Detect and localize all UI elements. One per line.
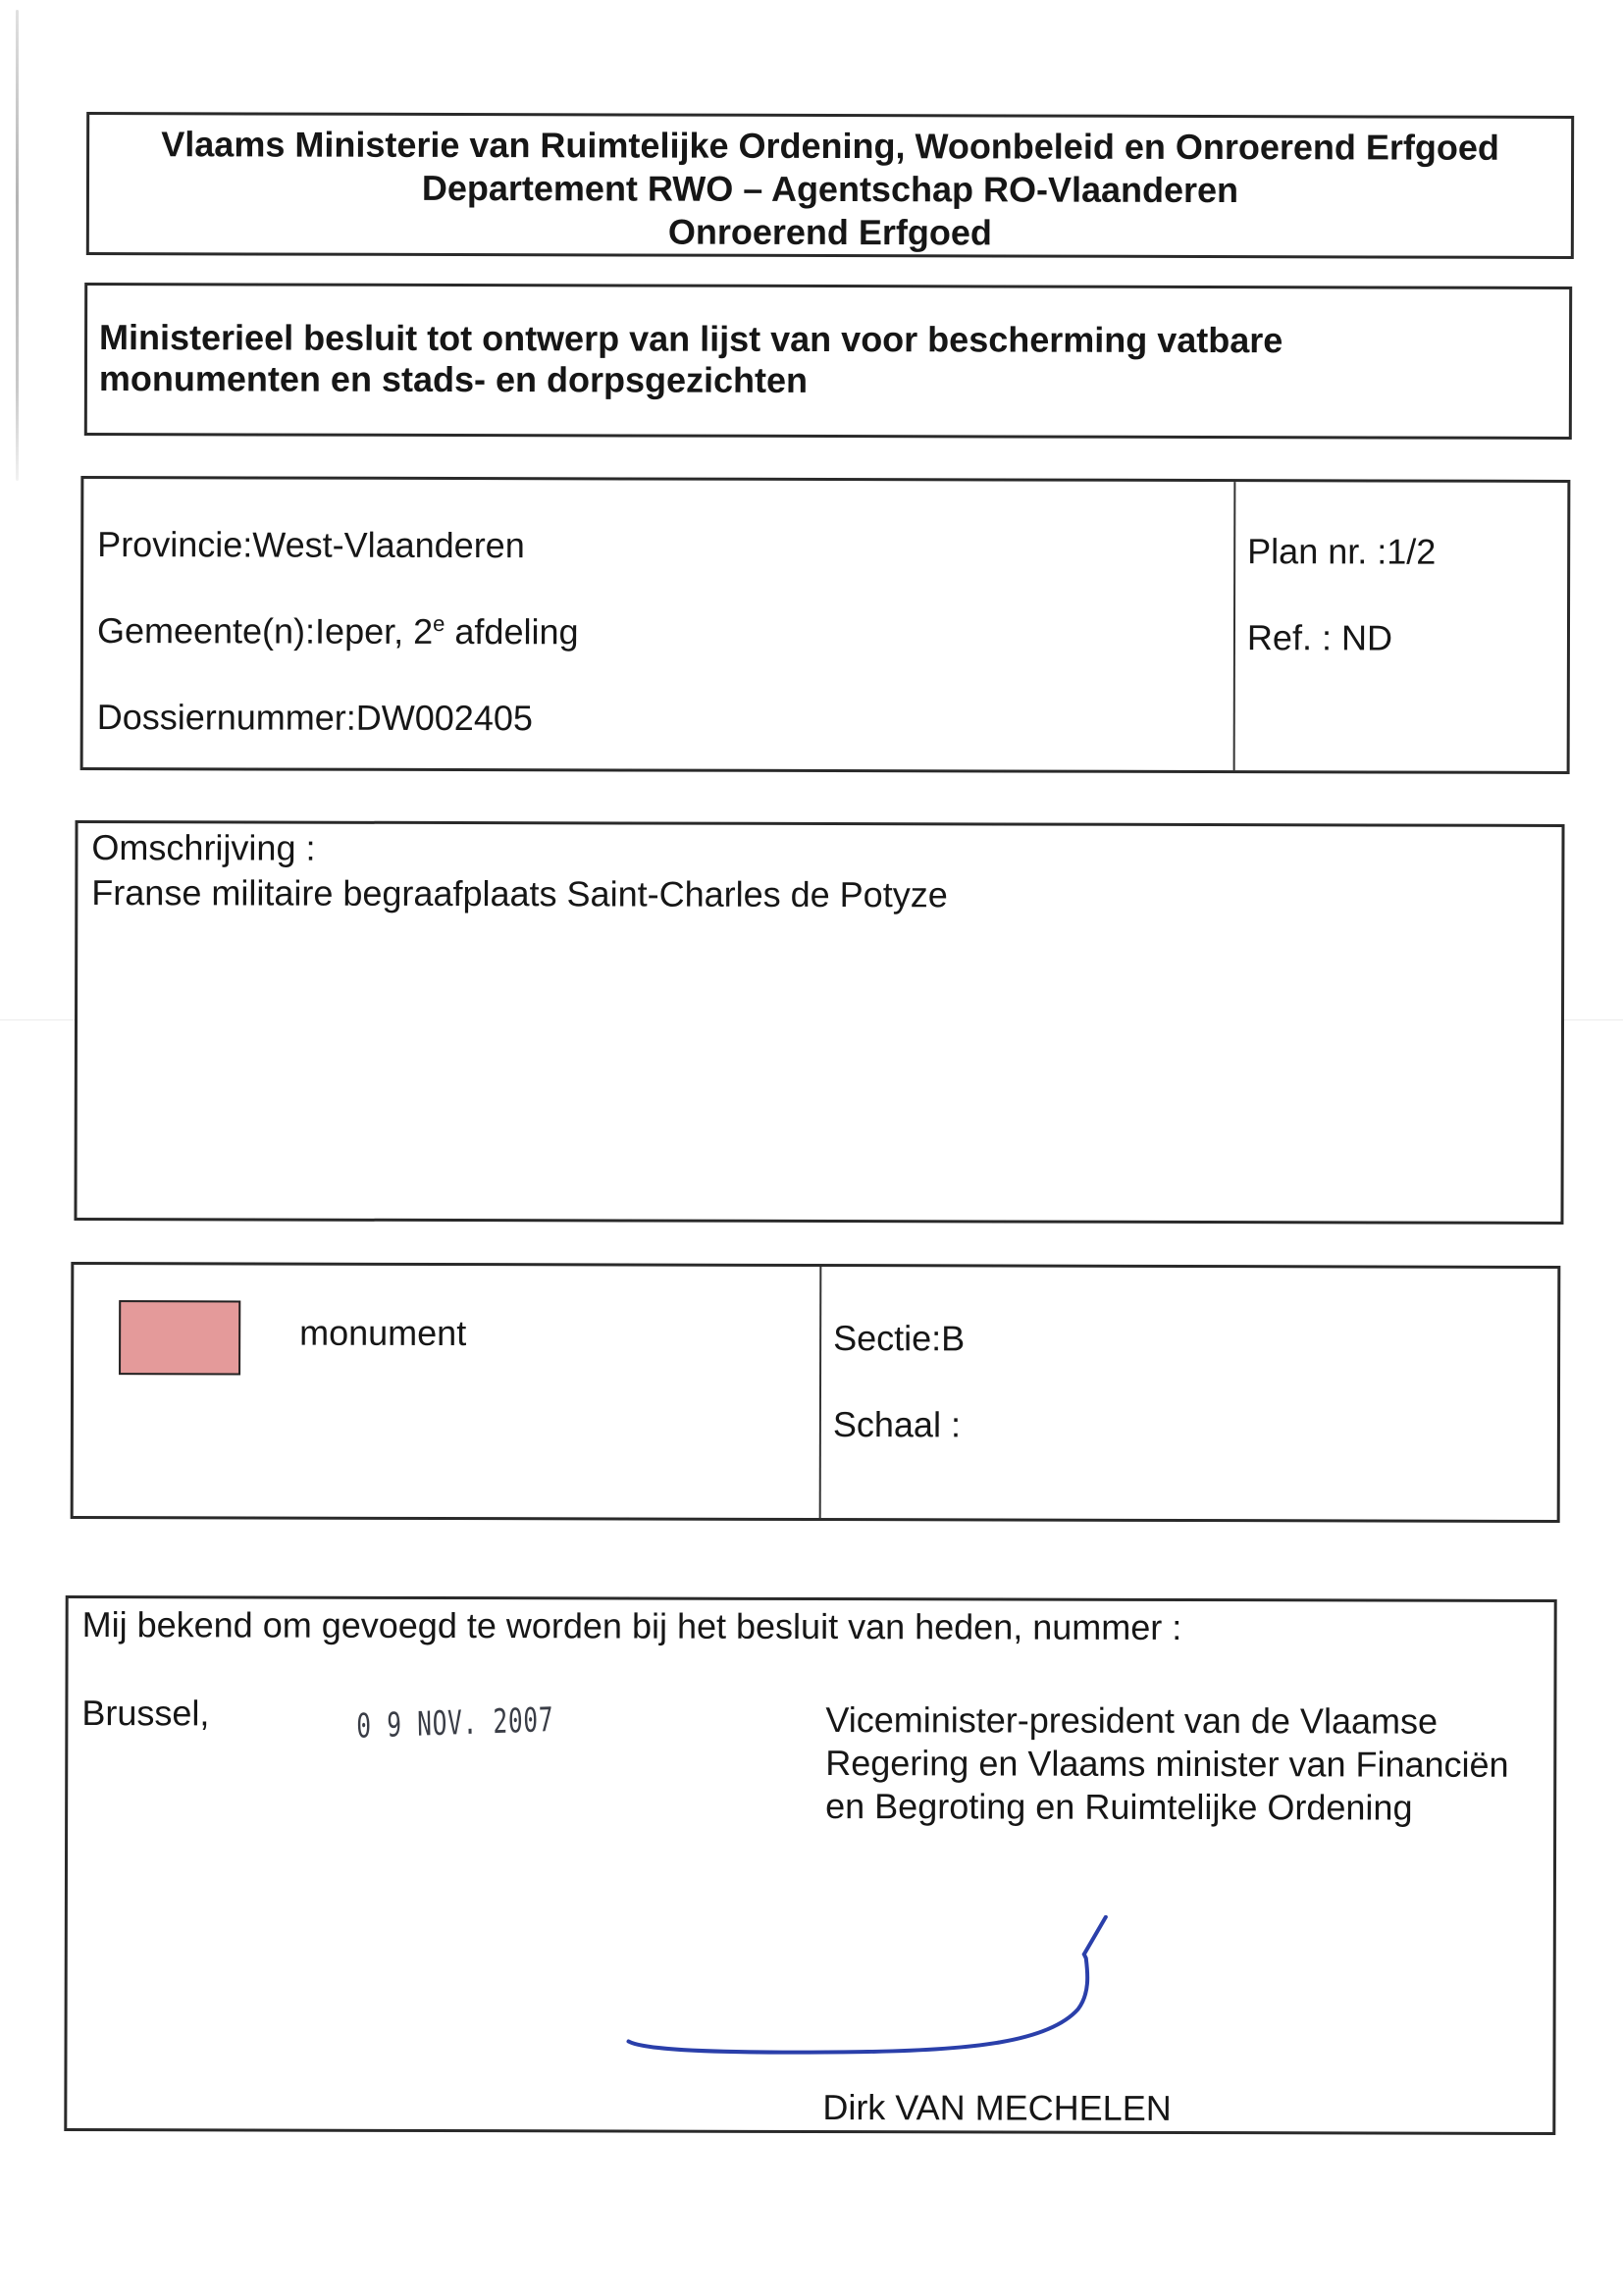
document-title-box: Ministerieel besluit tot ontwerp van lij… — [84, 283, 1572, 440]
monument-legend-label: monument — [299, 1313, 466, 1354]
department-name: Departement RWO – Agentschap RO-Vlaander… — [89, 166, 1571, 213]
monument-color-swatch — [119, 1300, 240, 1375]
gemeente-text: Gemeente(n):Ieper, 2 — [97, 610, 433, 652]
ministry-header: Vlaams Ministerie van Ruimtelijke Ordeni… — [86, 112, 1574, 259]
gemeente-suffix: afdeling — [445, 611, 578, 652]
schaal-field: Schaal : — [833, 1404, 961, 1445]
description-label: Omschrijving : — [91, 827, 315, 869]
ref-field: Ref. : ND — [1247, 617, 1392, 658]
ministry-name: Vlaams Ministerie van Ruimtelijke Ordeni… — [89, 123, 1571, 170]
city-label: Brussel, — [81, 1693, 209, 1734]
info-box: Provincie:West-Vlaanderen Gemeente(n):Ie… — [80, 476, 1571, 774]
provincie-field: Provincie:West-Vlaanderen — [97, 524, 525, 566]
agency-name: Onroerend Erfgoed — [89, 209, 1571, 256]
description-box: Omschrijving : Franse militaire begraafp… — [74, 820, 1564, 1225]
dossiernummer-field: Dossiernummer:DW002405 — [97, 697, 533, 739]
description-value: Franse militaire begraafplaats Saint-Cha… — [91, 872, 948, 915]
sectie-field: Sectie:B — [833, 1318, 965, 1359]
plan-nr-field: Plan nr. :1/2 — [1247, 531, 1436, 573]
signatory-name: Dirk VAN MECHELEN — [822, 2087, 1171, 2129]
acknowledgement-text: Mij bekend om gevoegd te worden bij het … — [82, 1604, 1182, 1648]
date-stamp: 0 9 NOV. 2007 — [356, 1700, 554, 1747]
signatory-title: Viceminister-president van de Vlaamse Re… — [825, 1698, 1532, 1830]
scan-edge-artifact — [16, 10, 19, 481]
legend-box: monument Sectie:B Schaal : — [71, 1262, 1561, 1523]
handwritten-signature-icon — [616, 1913, 1126, 2071]
signature-box: Mij bekend om gevoegd te worden bij het … — [64, 1595, 1556, 2135]
gemeente-field: Gemeente(n):Ieper, 2e afdeling — [97, 610, 579, 652]
gemeente-superscript: e — [433, 611, 445, 636]
document-title: Ministerieel besluit tot ontwerp van lij… — [99, 317, 1473, 403]
